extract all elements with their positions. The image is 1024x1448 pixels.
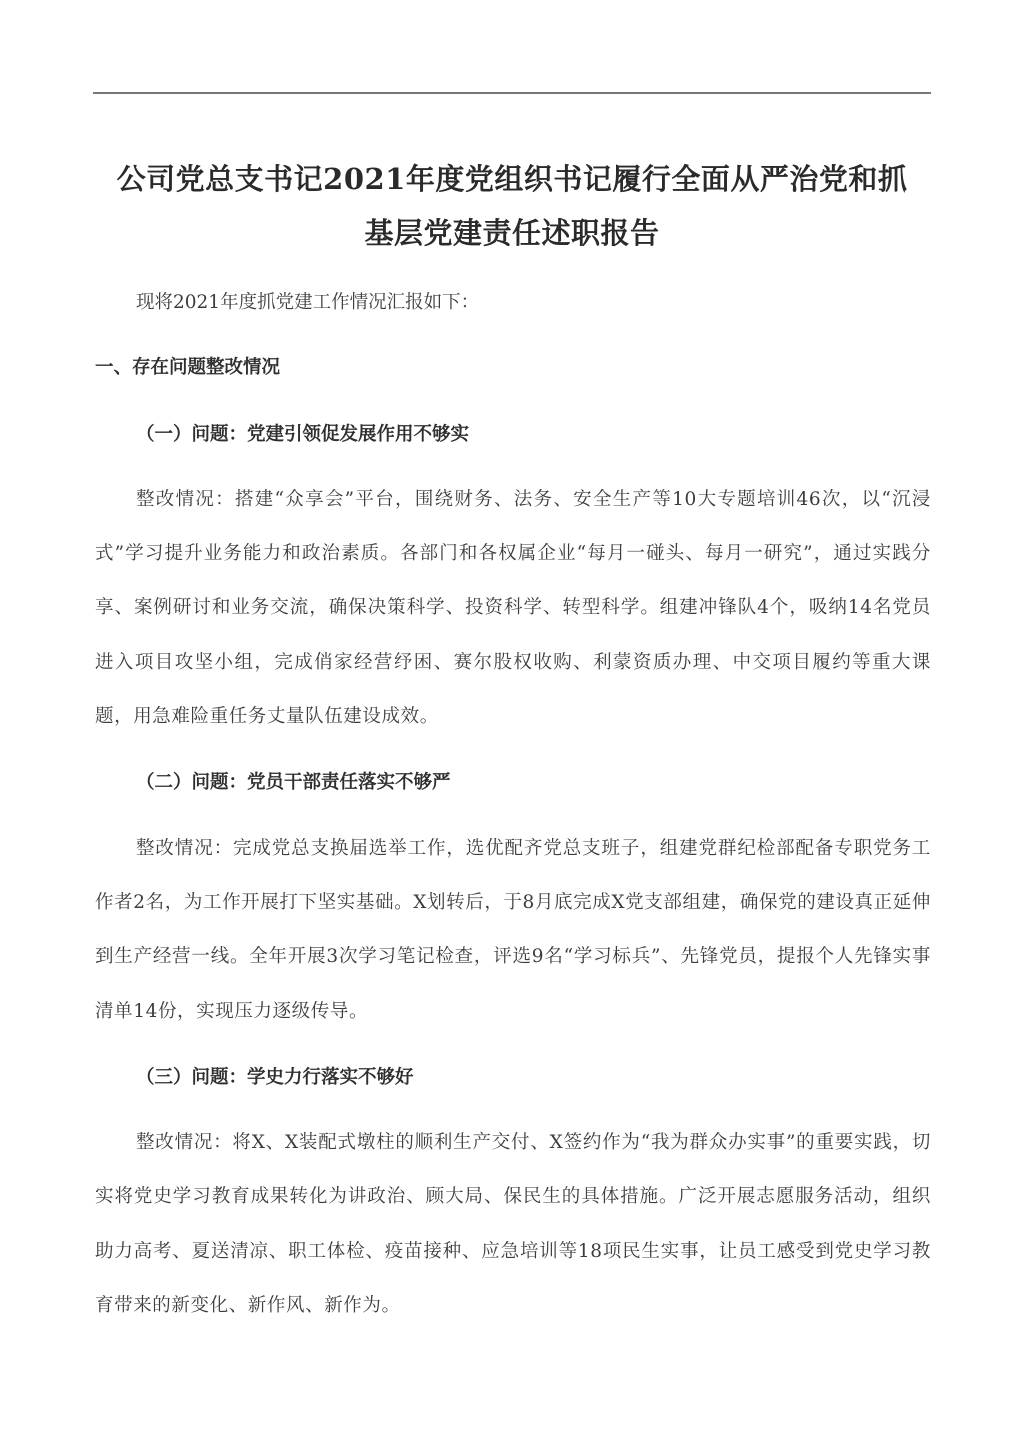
document-title: 公司党总支书记2021年度党组织书记履行全面从严治党和抓 基层党建责任述职报告 — [93, 152, 931, 260]
rectification-paragraph-2: 整改情况：完成党总支换届选举工作，选优配齐党总支班子，组建党群纪检部配备专职党务… — [95, 822, 931, 1039]
rectification-paragraph-1: 整改情况：搭建“众享会”平台，围绕财务、法务、安全生产等10大专题培训46次，以… — [95, 473, 931, 744]
issue-heading-1: （一）问题：党建引领促发展作用不够实 — [95, 408, 931, 462]
document-page: 公司党总支书记2021年度党组织书记履行全面从严治党和抓 基层党建责任述职报告 … — [0, 0, 1024, 1448]
section-heading: 一、存在问题整改情况 — [95, 341, 931, 395]
title-line-1: 公司党总支书记2021年度党组织书记履行全面从严治党和抓 — [93, 152, 931, 206]
document-body: 现将2021年度抓党建工作情况汇报如下： 一、存在问题整改情况 （一）问题：党建… — [95, 276, 931, 1345]
issue-heading-2: （二）问题：党员干部责任落实不够严 — [95, 756, 931, 810]
issue-heading-3: （三）问题：学史力行落实不够好 — [95, 1051, 931, 1105]
rectification-paragraph-3: 整改情况：将X、X装配式墩柱的顺利生产交付、X签约作为“我为群众办实事”的重要实… — [95, 1116, 931, 1333]
title-line-2: 基层党建责任述职报告 — [93, 206, 931, 260]
intro-paragraph: 现将2021年度抓党建工作情况汇报如下： — [95, 276, 931, 330]
header-rule — [93, 92, 931, 94]
